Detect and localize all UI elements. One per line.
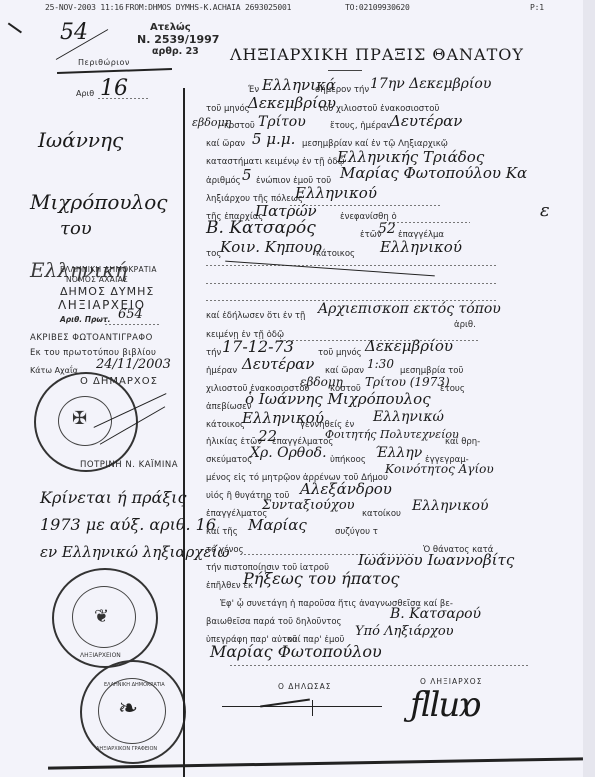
seal-text: ΕΛΛΗΝΙΚΗ ΔΗΜΟΚΡΑΤΙΑ — [104, 682, 165, 688]
form-text: καταστήματι κειμένῳ ἐν τῇ ὁδῷ — [206, 157, 345, 167]
document-title: ΛΗΞΙΑΡΧΙΚΗ ΠΡΑΞΙΣ ΘΑΝΑΤΟΥ — [230, 45, 524, 64]
form-text: καί τῆς — [206, 527, 238, 537]
blank-line — [206, 283, 496, 284]
stamp-line2: ΝΟΜΟΣ ΑΧΑΙΑΣ — [66, 275, 128, 284]
declarant-label: Ο ΔΗΛΩΣΑΣ — [278, 682, 332, 691]
form-field-value: Τρίτου — [258, 114, 306, 130]
form-field-value: Δευτέραν — [390, 112, 462, 130]
form-text: σκεύματος — [206, 455, 252, 465]
exemption-article: αρθρ. 23 — [152, 46, 199, 57]
stamp-line1: ΕΛΛΗΝΙΚΗ ΔΗΜΟΚΡΑΤΙΑ — [60, 265, 157, 274]
form-text: ἡμέραν — [206, 366, 237, 376]
form-field-value: Μαρίας Φωτοπούλου — [210, 642, 382, 661]
form-field-value: Κοιν. Κηπουρ — [220, 238, 322, 256]
form-field-value: 5 μ.μ. — [252, 130, 295, 148]
form-field-value: 52 — [378, 221, 396, 237]
form-text: καί θρη- — [445, 437, 480, 447]
field-underline — [385, 222, 470, 223]
district-rule — [57, 68, 172, 74]
eagle-emblem-icon: ❦ — [94, 606, 109, 627]
scan-edge — [583, 0, 595, 777]
form-text: ἀριθμός — [206, 176, 241, 186]
form-text: τό γένος — [206, 545, 244, 555]
form-field-value: Τρίτου (1973) — [365, 375, 450, 389]
form-text: καί ἐδήλωσεν ὅτι ἐν τῇ — [206, 311, 305, 321]
column-divider — [183, 88, 185, 777]
form-text: κοστοῦ — [224, 121, 255, 131]
form-field-value: Συνταξιούχου — [262, 498, 355, 513]
form-field-value: Ελληνικώ — [373, 409, 444, 425]
form-field-value: Μαρίας — [248, 516, 307, 534]
scanned-document: 25-NOV-2003 11:16 FROM:DHMOS DYMHS-K.ACH… — [0, 0, 583, 777]
margin-note-surname: Μιχρόπουλος — [30, 190, 168, 214]
form-text: βαιωθεῖσα παρά τοῦ δηλοῦντος — [206, 617, 342, 627]
form-text: κάτοικος — [206, 420, 245, 430]
certification-line1: ΑΚΡΙΒΕΣ ΦΩΤΟΑΝΤΙΓΡΑΦΟ — [30, 333, 153, 343]
protocol-underline — [105, 324, 160, 325]
fax-date: 25-NOV-2003 11:16 — [45, 3, 123, 12]
district-label: Περιθώριον — [78, 58, 130, 67]
form-field-value: Αρχιεπισκοπ εκτός τόπου — [318, 301, 501, 317]
registry-seal: ❦ ΛΗΞΙΑΡΧΕΙΟΝ — [52, 568, 158, 668]
number-label: Αριθ — [76, 89, 94, 98]
form-field-value: ὁ Ιωάννης Μιχρόπουλος — [245, 390, 431, 408]
form-field-value: 1:30 — [367, 357, 394, 371]
form-field-value: Δευτέραν — [242, 355, 314, 373]
form-text: ἔτους, ἡμέραν — [330, 121, 391, 131]
form-field-value: Ρήξεως του ήπατος — [243, 569, 400, 588]
declarant-signature — [312, 700, 313, 716]
phoenix-seal: ❧ ΕΛΛΗΝΙΚΗ ΔΗΜΟΚΡΑΤΙΑ ΛΗΞΙΑΡΧΙΚΟΝ ΓΡΑΦΕΙ… — [80, 660, 186, 764]
scan-mark — [8, 23, 22, 33]
form-field-value: Ελληνικού — [295, 184, 377, 202]
blank-line — [206, 265, 496, 266]
form-field-value: Αλεξάνδρου — [300, 480, 392, 498]
phoenix-emblem-icon: ❧ — [118, 694, 138, 722]
form-text: συζύγου τ — [335, 527, 378, 537]
form-field-value: 17-12-73 — [222, 337, 294, 356]
handwritten-number: 54 — [60, 20, 88, 45]
fax-from: FROM:DHMOS DYMHS-K.ACHAIA 2693025001 — [125, 3, 291, 12]
margin-mark: ε — [540, 200, 550, 221]
exemption-line1: Ατελώς — [150, 22, 191, 33]
form-text: κάτοικος — [316, 249, 355, 259]
form-field-value: Β. Κατσαρός — [206, 218, 316, 238]
signatory-name: ΠΟΤΡΙΝΗ Ν. ΚΑΪΜΙΝΑ — [80, 460, 178, 470]
blank-line — [230, 665, 530, 666]
seal-text: ΛΗΞΙΑΡΧΙΚΟΝ ΓΡΑΦΕΙΟΝ — [96, 746, 157, 752]
form-text: ἀριθ. — [454, 320, 476, 330]
form-text: τοῦ μηνός — [206, 104, 250, 114]
form-field-value: Έλλην — [375, 445, 422, 461]
form-field-value: Υπό Ληξιάρχου — [355, 624, 454, 639]
number-underline — [98, 98, 150, 99]
registrar-signature: ƒlluɒ — [410, 685, 479, 725]
form-field-value: Φοιτητής Πολυτεχνείου — [325, 428, 459, 441]
form-text: ἔτους — [440, 384, 465, 394]
strike-line — [225, 261, 435, 277]
form-field-value: Ελληνικού — [412, 498, 488, 514]
fax-page: P:1 — [530, 3, 544, 12]
municipal-seal: ✠ — [34, 372, 138, 472]
annotation-line2: 1973 με αύξ. αριθ. 16 — [40, 515, 216, 534]
form-field-value: Κοινότητος Αγίου — [385, 462, 494, 476]
exemption-law: Ν. 2539/1997 — [137, 33, 219, 46]
form-field-value: Μαρίας Φωτοπούλου Κα — [340, 164, 527, 182]
fax-header: 25-NOV-2003 11:16 FROM:DHMOS DYMHS-K.ACH… — [0, 2, 595, 14]
form-field-value: Χρ. Ορθοδ. — [250, 445, 327, 461]
certification-date: 24/11/2003 — [96, 357, 171, 372]
form-text: τήν — [206, 348, 221, 358]
form-field-value: 5 — [242, 166, 252, 184]
protocol-value: 654 — [118, 307, 143, 322]
form-text: τοῦ μηνός — [318, 348, 362, 358]
form-text: κατοίκου — [362, 509, 401, 519]
form-field-value: Δεκεμβρίου — [365, 337, 453, 355]
fax-to: TO:02109930620 — [345, 3, 410, 12]
form-field-value: Ιωάννου Ιωαννοβίτς — [358, 551, 514, 569]
form-field-value: 17ην Δεκεμβρίου — [370, 76, 491, 92]
declarant-signature — [222, 706, 382, 707]
stamp-line3: ΔΗΜΟΣ ΔΥΜΗΣ — [60, 285, 154, 298]
form-field-value: Β. Κατσαρού — [390, 606, 481, 622]
annotation-line1: Κρίνεται ή πράξις — [40, 488, 186, 507]
margin-note-first-name: Ιωάννης — [38, 128, 123, 152]
annotation-line3: εν Ελληνικώ ληξιαρχείω — [40, 543, 230, 561]
form-text: ὑπήκοος — [330, 455, 366, 465]
protocol-label: Αριθ. Πρωτ. — [60, 315, 111, 324]
cross-emblem-icon: ✠ — [72, 408, 87, 429]
margin-note-of: του — [60, 218, 92, 239]
form-text: καί ὥραν — [206, 139, 245, 149]
title-underline — [328, 70, 362, 71]
form-field-value: Ελληνικού — [380, 238, 462, 256]
seal-text: ΛΗΞΙΑΡΧΕΙΟΝ — [80, 652, 121, 659]
